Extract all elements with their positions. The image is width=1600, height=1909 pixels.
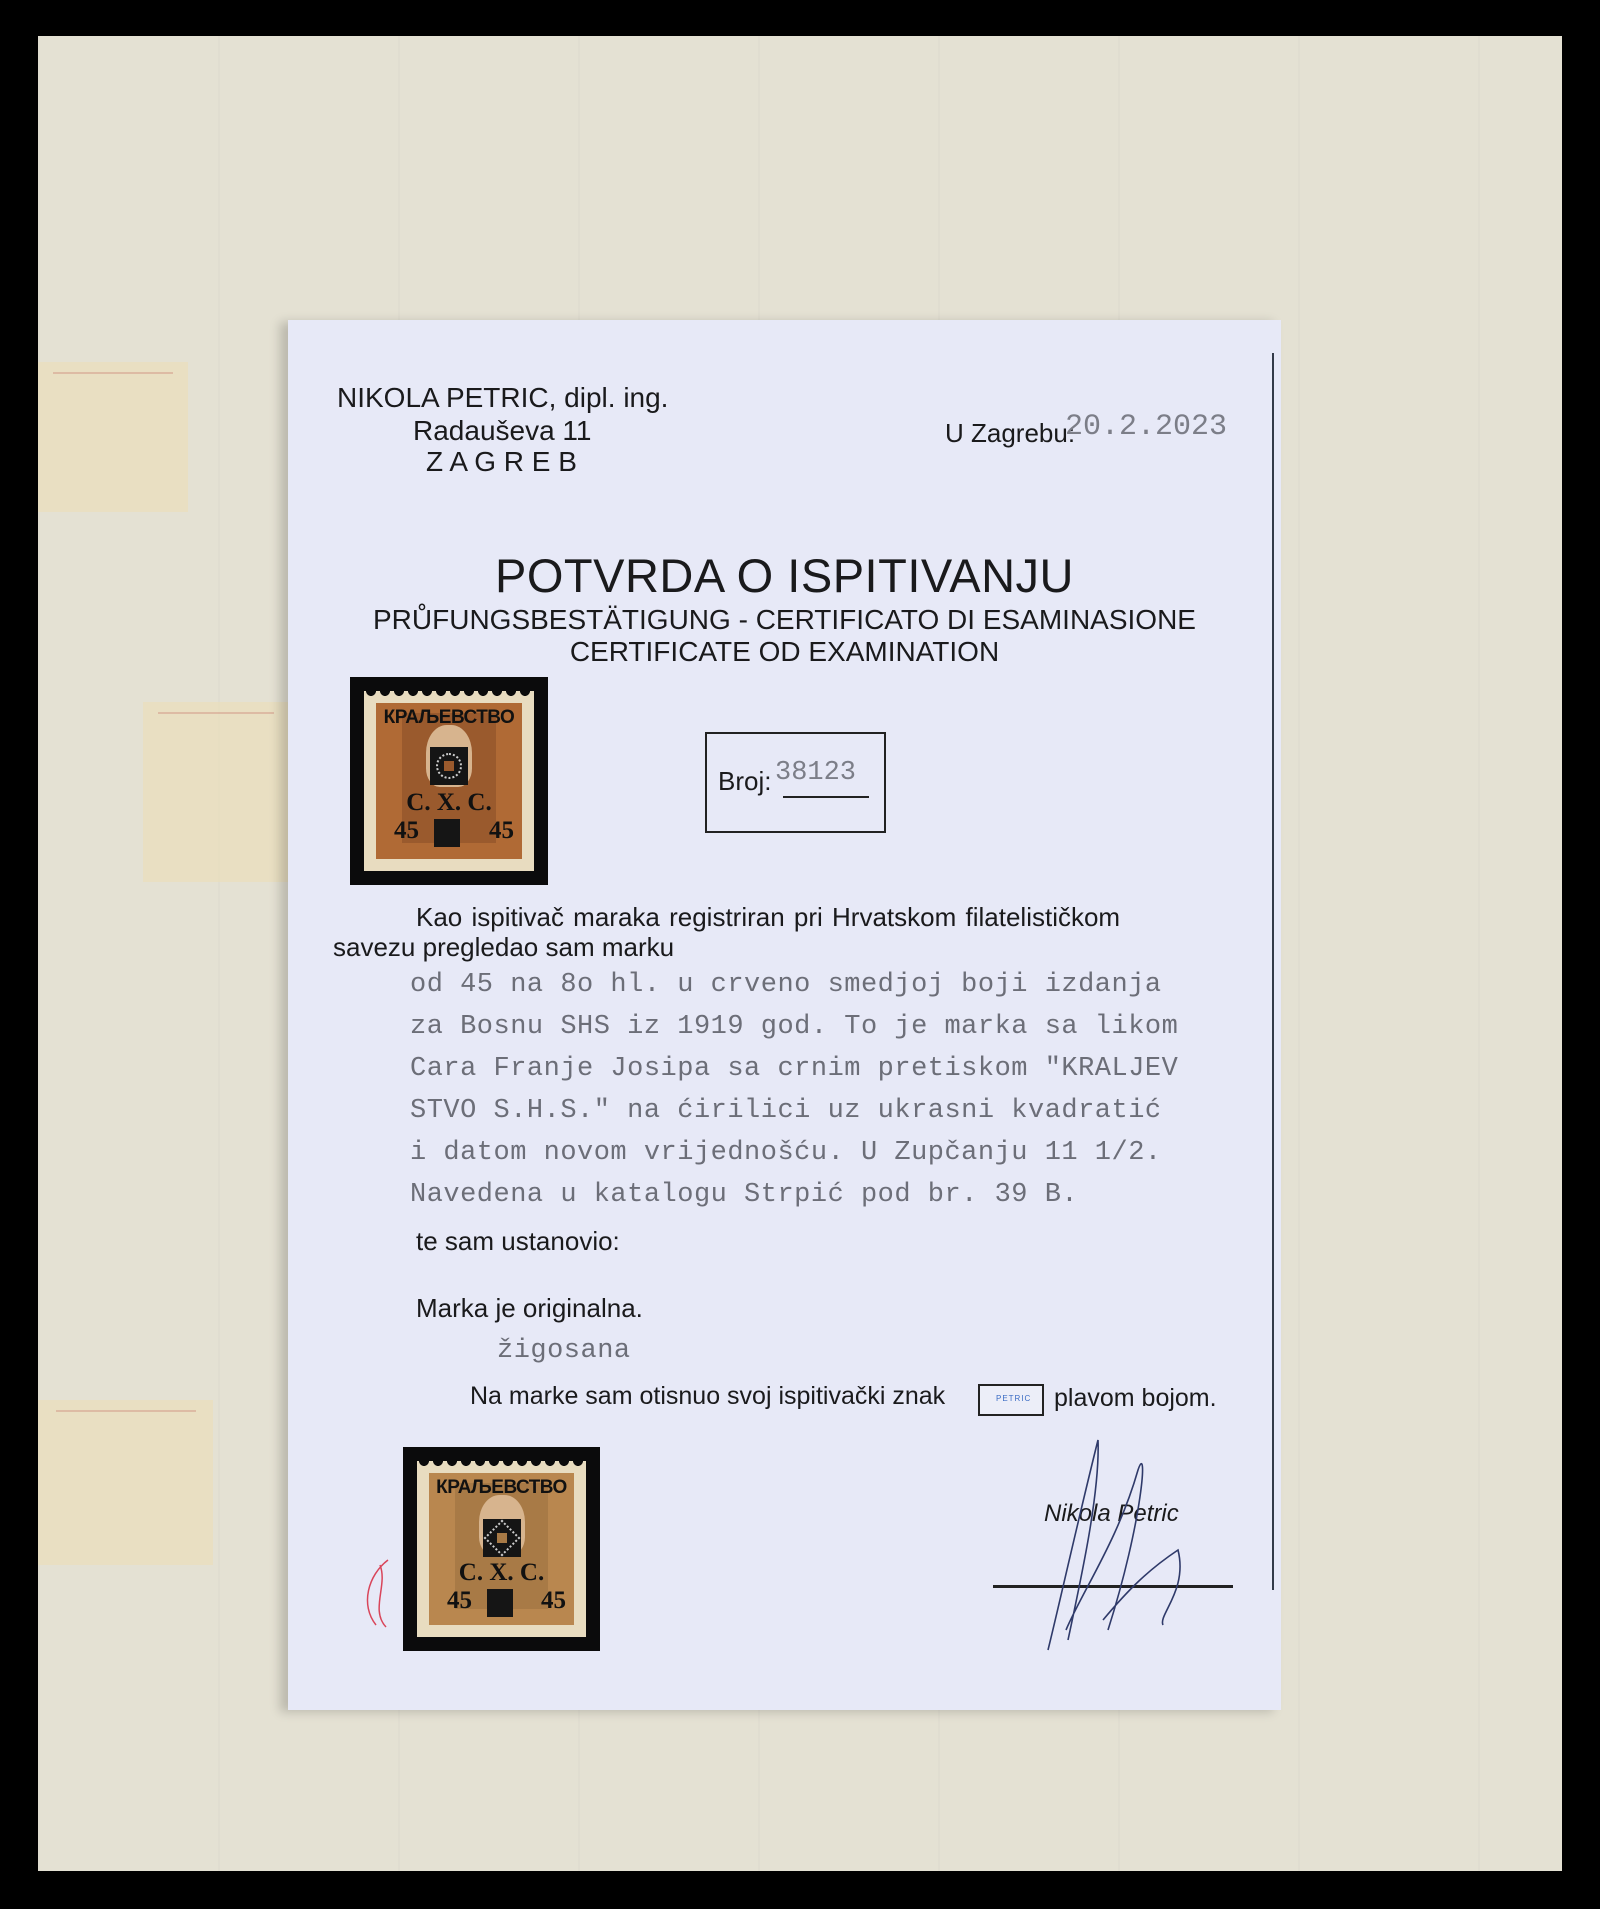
description-line: za Bosnu SHS iz 1919 god. To je marka sa…: [410, 1012, 1178, 1042]
issuer-name: NIKOLA PETRIC, dipl. ing.: [337, 382, 668, 414]
overprint-ornament-square: [430, 747, 468, 785]
overprint-cyrillic: КРАЉЕВСТВО: [403, 1477, 600, 1499]
overprint-cyrillic: КРАЉЕВСТВО: [350, 707, 548, 729]
mark-statement-before: Na marke sam otisnuo svoj ispitivački zn…: [470, 1382, 945, 1411]
overprint-value-right: 45: [541, 1587, 566, 1615]
certificate-subtitle-english: CERTIFICATE OD EXAMINATION: [288, 636, 1281, 668]
intro-line-1: Kao ispitivač maraka registriran pri Hrv…: [416, 902, 1120, 933]
finding-label: te sam ustanovio:: [416, 1226, 620, 1257]
ghost-stamp-mark: [38, 1400, 213, 1565]
overprint-value-right: 45: [489, 817, 514, 845]
number-underline: [783, 796, 869, 798]
overprint-value-left: 45: [447, 1587, 472, 1615]
certificate-number: 38123: [775, 758, 856, 788]
mark-statement-after: plavom bojom.: [1054, 1384, 1217, 1413]
stamp-image-back: КРАЉЕВСТВО C. X. C. 45 45: [403, 1447, 600, 1651]
place-label: U Zagrebu:: [945, 418, 1075, 449]
verdict: Marka je originalna.: [416, 1293, 643, 1324]
description-line: od 45 na 8o hl. u crveno smedjoj boji iz…: [410, 970, 1162, 1000]
stamp-image-front: КРАЉЕВСТВО C. X. C. 45 45: [350, 677, 548, 885]
certificate-number-box: Broj: 38123: [705, 732, 886, 833]
issuer-street: Radauševa 11: [413, 415, 592, 447]
condition: žigosana: [497, 1336, 631, 1366]
overprint-shs: C. X. C.: [350, 789, 548, 817]
certificate-title: POTVRDA O ISPITIVANJU: [288, 548, 1281, 603]
red-pencil-mark: [358, 1555, 418, 1635]
issuer-city: Z A G R E B: [426, 446, 577, 478]
intro-line-2: savezu pregledao sam marku: [333, 932, 674, 963]
overprint-shs: C. X. C.: [403, 1559, 600, 1587]
handwritten-signature: [988, 1430, 1228, 1660]
overprint-ornament-square: [483, 1519, 521, 1557]
description-line: Cara Franje Josipa sa crnim pretiskom "K…: [410, 1054, 1178, 1084]
examination-certificate: NIKOLA PETRIC, dipl. ing. Radauševa 11 Z…: [288, 320, 1281, 1710]
expert-mark-sample: PETRIC: [978, 1384, 1044, 1416]
description-line: Navedena u katalogu Strpić pod br. 39 B.: [410, 1180, 1078, 1210]
ghost-stamp-mark: [143, 702, 288, 882]
ghost-stamp-mark: [38, 362, 188, 512]
overprint-value-left: 45: [394, 817, 419, 845]
certificate-subtitle: PRŮFUNGSBESTÄTIGUNG - CERTIFICATO DI ESA…: [288, 604, 1281, 636]
number-label: Broj:: [718, 766, 771, 797]
description-line: STVO S.H.S." na ćirilici uz ukrasni kvad…: [410, 1096, 1162, 1126]
description-line: i datom novom vrijednošću. U Zupčanju 11…: [410, 1138, 1162, 1168]
margin-rule: [1272, 353, 1274, 1590]
certificate-date: 20.2.2023: [1065, 410, 1227, 444]
